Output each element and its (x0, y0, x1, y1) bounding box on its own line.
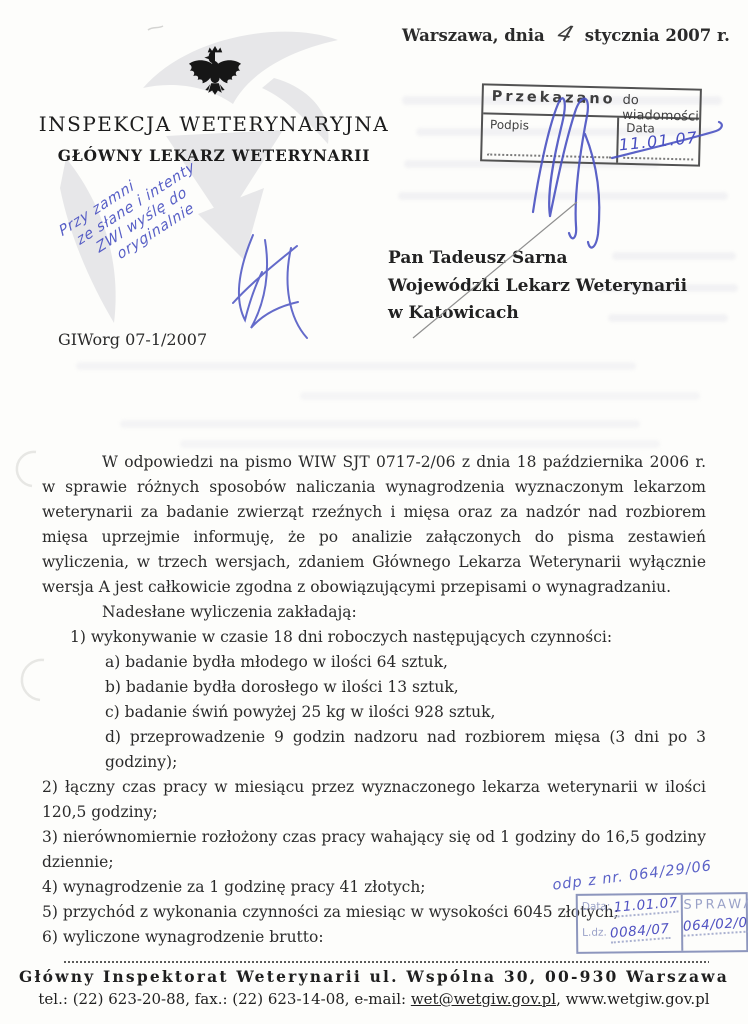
addressee-name: Pan Tadeusz Sarna (388, 245, 687, 273)
addressee-block: Pan Tadeusz Sarna Wojewódzki Lekarz Wete… (388, 245, 687, 328)
reference-number: GIWorg 07-1/2007 (58, 330, 207, 349)
case-stamp-left-cell: Data: 11.01.07 L.dz. 0084/07 (578, 895, 683, 952)
body-line: godziny); (42, 750, 706, 775)
scanned-letter-page: Warszawa, dnia 4 stycznia 2007 r. INSPEK… (0, 0, 748, 1024)
body-line: 120,5 godziny; (42, 800, 706, 825)
body-line: wersja A jest całkowicie zgodna z obowią… (42, 575, 706, 600)
case-stamp-right-cell: SPRAWA 064/02/07 (682, 894, 748, 951)
polish-eagle-emblem-icon (186, 44, 244, 108)
bleedthrough-artifact (180, 440, 660, 448)
body-line: w sprawie różnych sposobów naliczania wy… (42, 475, 706, 500)
dotted-line (487, 153, 611, 158)
bleedthrough-artifact (120, 420, 640, 428)
body-line: 3) nierównomiernie rozłożony czas pracy … (42, 825, 706, 850)
case-stamp: Data: 11.01.07 L.dz. 0084/07 SPRAWA 064/… (576, 892, 748, 954)
footer-contact: tel.: (22) 623-20-88, fax.: (22) 623-14-… (0, 990, 748, 1008)
dateline: Warszawa, dnia 4 stycznia 2007 r. (402, 22, 730, 47)
received-stamp-signature-cell: Podpis (482, 114, 619, 162)
dateline-city: Warszawa, dnia (402, 26, 545, 45)
body-line: d) przeprowadzenie 9 godzin nadzoru nad … (42, 725, 706, 750)
received-stamp: Przekazano do wiadomości Podpis Data 11.… (480, 83, 702, 166)
body-line: mięsa uprzejmie informuję, że po analizi… (42, 525, 706, 550)
body-line: 2) łączny czas pracy w miesiącu przez wy… (42, 775, 706, 800)
handwritten-case-date: 11.01.07 (613, 895, 678, 918)
dotted-line (623, 157, 693, 161)
scan-arc-artifact (17, 452, 44, 700)
body-line: weterynarii za badanie zwierząt rzeźnych… (42, 500, 706, 525)
footer-divider (64, 961, 709, 963)
addressee-title: Wojewódzki Lekarz Weterynarii (388, 273, 687, 301)
handwritten-case-number: 064/02/07 (682, 914, 748, 937)
handwritten-case-ldz: 0084/07 (609, 921, 670, 944)
bleedthrough-artifact (76, 362, 636, 370)
footer-email: wet@wetgiw.gov.pl (411, 990, 556, 1008)
addressee-city: w Katowicach (388, 300, 687, 328)
handwritten-day: 4 (550, 21, 579, 48)
body-line: b) badanie bydła dorosłego w ilości 13 s… (42, 675, 706, 700)
body-line: a) badanie bydła młodego w ilości 64 szt… (42, 650, 706, 675)
body-line: c) badanie świń powyżej 25 kg w ilości 9… (42, 700, 706, 725)
bleedthrough-artifact (398, 192, 728, 200)
bleedthrough-artifact (300, 392, 700, 400)
body-line: Nadesłane wyliczenia zakładają: (42, 600, 706, 625)
footer-address: Główny Inspektorat Weterynarii ul. Wspól… (0, 967, 748, 986)
body-line: W odpowiedzi na pismo WIW SJT 0717-2/06 … (42, 450, 706, 475)
received-stamp-date-cell: Data 11.01.07 (618, 118, 699, 165)
dateline-month-year: stycznia 2007 r. (585, 26, 730, 45)
body-line: 1) wykonywanie w czasie 18 dni roboczych… (42, 625, 706, 650)
body-line: wyliczenia, w trzech wersjach, zdaniem G… (42, 550, 706, 575)
